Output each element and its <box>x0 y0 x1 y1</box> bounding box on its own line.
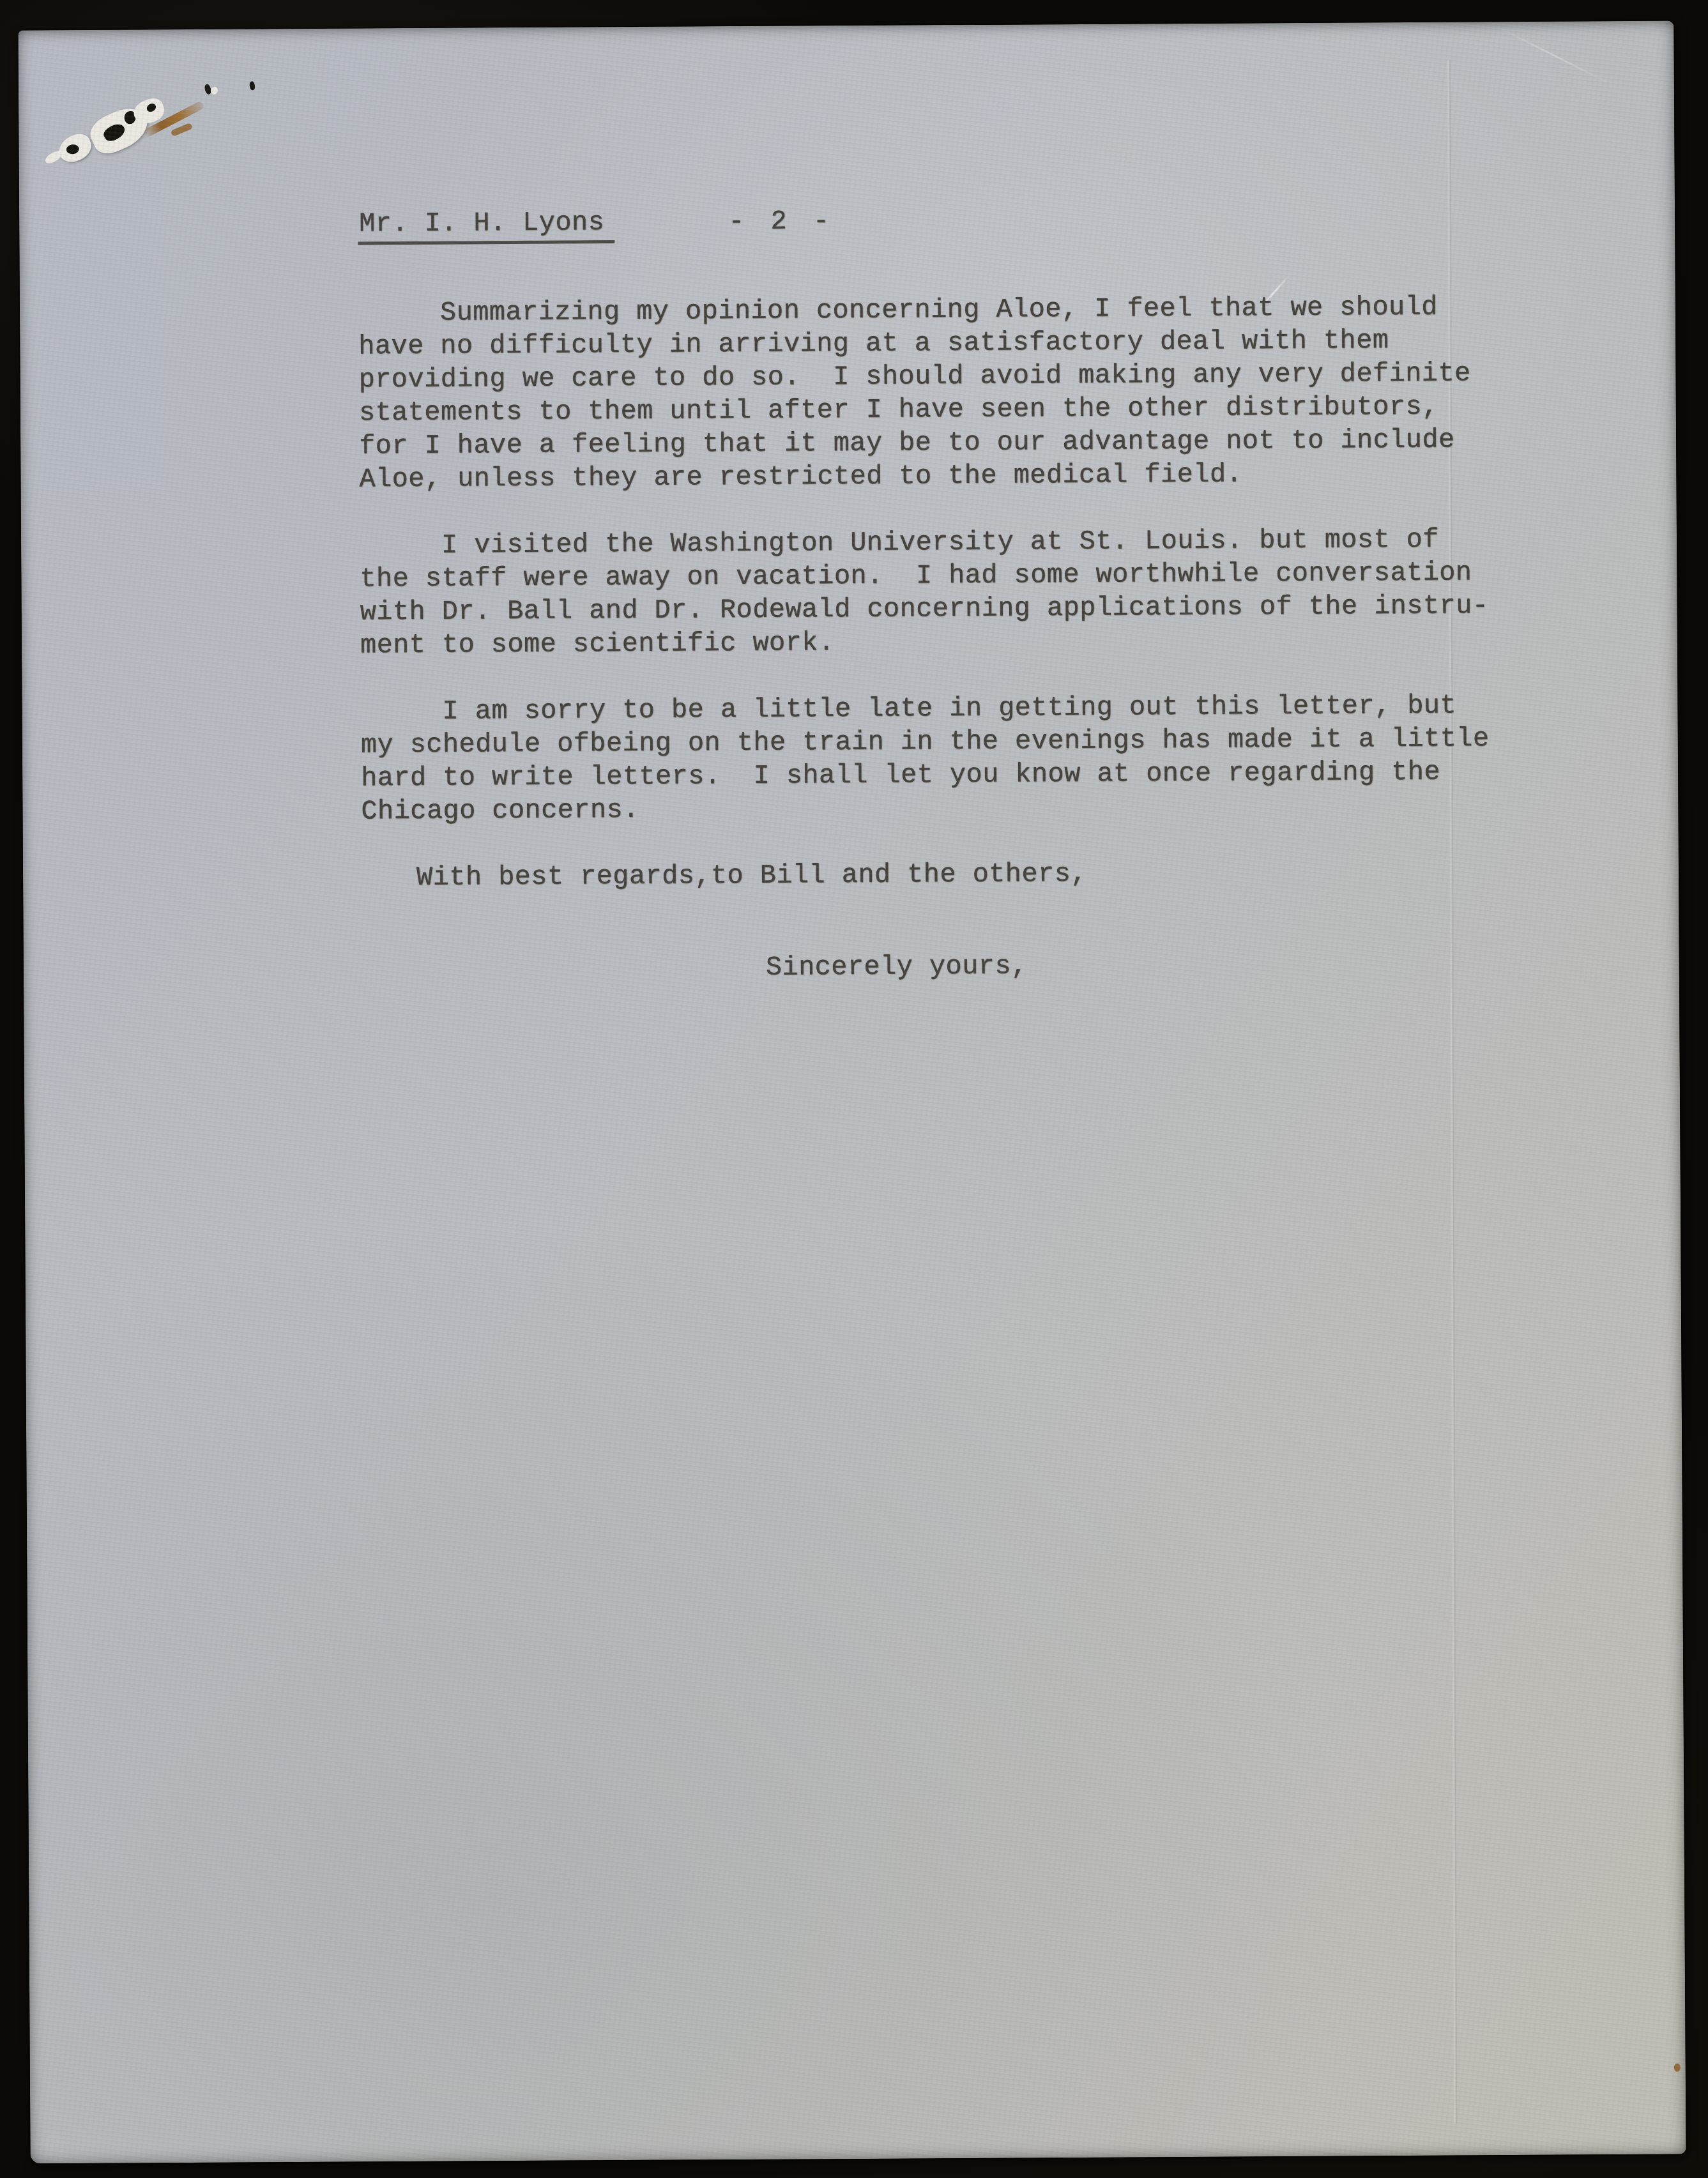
tear-shadow <box>102 121 127 144</box>
recipient-line: Mr. I. H. Lyons <box>358 206 614 245</box>
signoff-line: Sincerely yours, <box>766 947 1557 984</box>
paper-nick <box>249 81 255 91</box>
paper-tear-hole <box>55 131 95 165</box>
paper-tear-hole <box>130 95 167 127</box>
letter-page: Mr. I. H. Lyons - 2 - Summarizing my opi… <box>18 21 1686 2164</box>
rust-stain <box>142 100 204 138</box>
paragraph-late-letter: I am sorry to be a little late in gettin… <box>360 689 1555 828</box>
paper-tear-hole <box>85 101 154 159</box>
paper-tear-fragment <box>43 149 63 165</box>
page-number: - 2 - <box>728 204 834 238</box>
paper-nick <box>204 84 212 95</box>
closing-line: With best regards,to Bill and the others… <box>362 855 1556 895</box>
rust-spot <box>1674 2064 1681 2072</box>
paragraph-washington-university: I visited the Washington University at S… <box>360 522 1555 662</box>
tear-shadow <box>124 110 136 124</box>
corner-crease <box>1494 25 1615 87</box>
rust-stain <box>171 123 193 137</box>
letter-text: Mr. I. H. Lyons - 2 - Summarizing my opi… <box>358 201 1557 987</box>
paragraph-aloe-summary: Summarizing my opinion concerning Aloe, … <box>358 290 1554 496</box>
page-header: Mr. I. H. Lyons - 2 - <box>358 201 1552 241</box>
tear-shadow <box>66 144 80 155</box>
paper-nick <box>210 86 218 95</box>
scanner-background: Mr. I. H. Lyons - 2 - Summarizing my opi… <box>0 0 1708 2178</box>
tear-shadow <box>145 102 157 114</box>
